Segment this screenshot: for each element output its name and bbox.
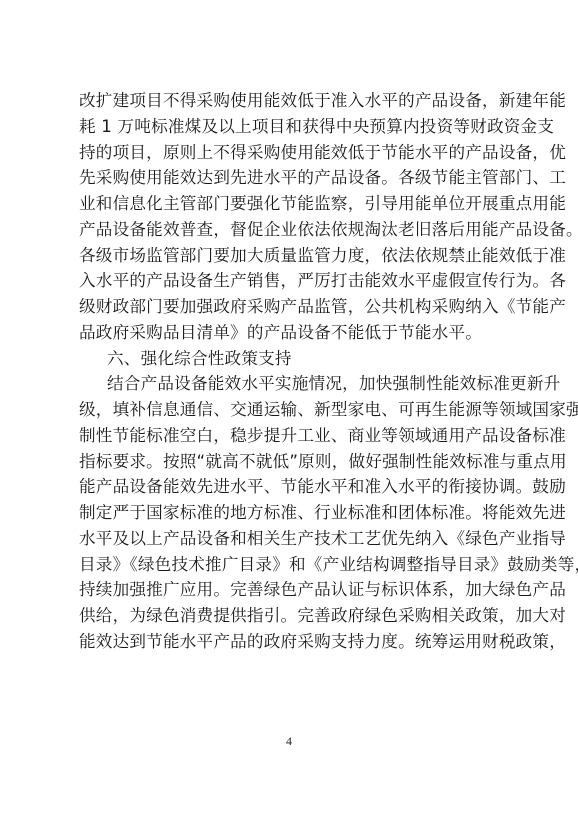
body-text: 改扩建项目不得采购使用能效低于准入水平的产品设备，新建年能 耗 1 万吨标准煤及… xyxy=(79,88,493,655)
text-line: 入水平的产品设备生产销售，严厉打击能效水平虚假宣传行为。各 xyxy=(79,268,493,294)
text-line: 耗 1 万吨标准煤及以上项目和获得中央预算内投资等财政资金支 xyxy=(79,114,493,140)
text-line: 目录》《绿色技术推广目录》和《产业结构调整指导目录》鼓励类等， xyxy=(79,552,493,578)
text-line: 制定严于国家标准的地方标准、行业标准和团体标准。将能效先进 xyxy=(79,500,493,526)
document-page: 改扩建项目不得采购使用能效低于准入水平的产品设备，新建年能 耗 1 万吨标准煤及… xyxy=(0,0,578,818)
text-line: 能效达到节能水平产品的政府采购支持力度。统筹运用财税政策， xyxy=(79,629,493,655)
text-line: 品政府采购品目清单》的产品设备不能低于节能水平。 xyxy=(79,320,493,346)
text-line: 改扩建项目不得采购使用能效低于准入水平的产品设备，新建年能 xyxy=(79,88,493,114)
text-line: 各级市场监管部门要加大质量监管力度，依法依规禁止能效低于准 xyxy=(79,243,493,269)
text-line: 制性节能标准空白，稳步提升工业、商业等领域通用产品设备标准 xyxy=(79,423,493,449)
text-line: 持续加强推广应用。完善绿色产品认证与标识体系，加大绿色产品 xyxy=(79,577,493,603)
text-line: 结合产品设备能效水平实施情况，加快强制性能效标准更新升 xyxy=(79,371,493,397)
text-line: 级财政部门要加强政府采购产品监管，公共机构采购纳入《节能产 xyxy=(79,294,493,320)
text-line: 级，填补信息通信、交通运输、新型家电、可再生能源等领域国家强 xyxy=(79,397,493,423)
text-line: 供给，为绿色消费提供指引。完善政府绿色采购相关政策，加大对 xyxy=(79,603,493,629)
text-line: 能产品设备能效先进水平、节能水平和准入水平的衔接协调。鼓励 xyxy=(79,474,493,500)
text-line: 持的项目，原则上不得采购使用能效低于节能水平的产品设备，优 xyxy=(79,140,493,166)
text-line: 水平及以上产品设备和相关生产技术工艺优先纳入《绿色产业指导 xyxy=(79,526,493,552)
text-line: 指标要求。按照“就高不就低”原则，做好强制性能效标准与重点用 xyxy=(79,449,493,475)
text-line: 产品设备能效普查，督促企业依法依规淘汰老旧落后用能产品设备。 xyxy=(79,217,493,243)
page-number: 4 xyxy=(0,734,578,749)
text-line: 先采购使用能效达到先进水平的产品设备。各级节能主管部门、工 xyxy=(79,165,493,191)
section-heading: 六、强化综合性政策支持 xyxy=(79,346,493,372)
text-line: 业和信息化主管部门要强化节能监察，引导用能单位开展重点用能 xyxy=(79,191,493,217)
